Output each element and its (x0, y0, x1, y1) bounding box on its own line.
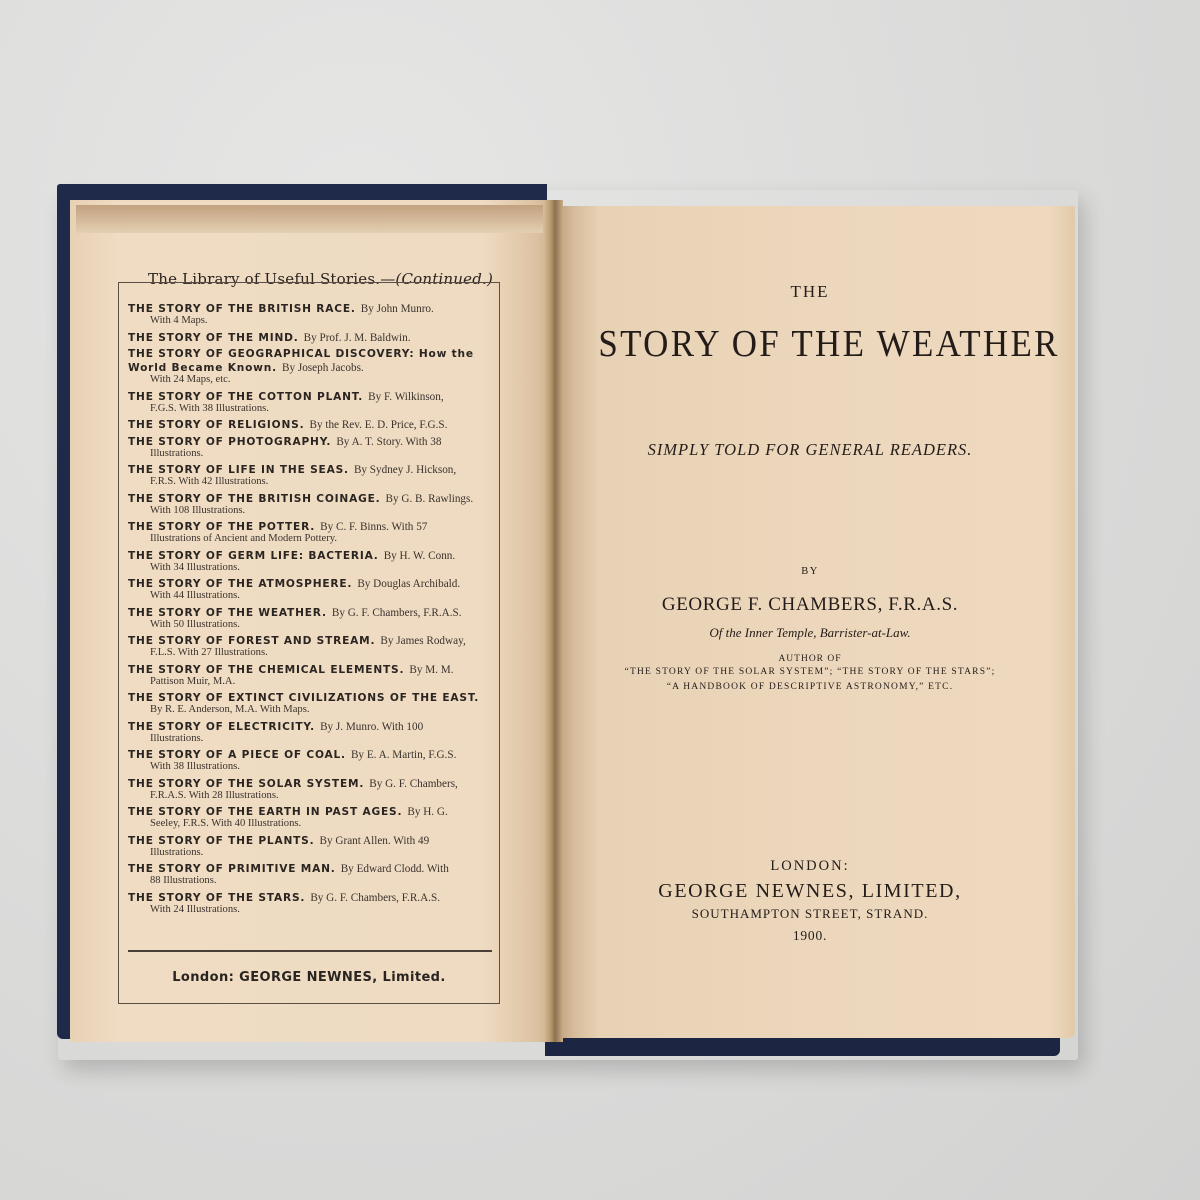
publisher-address: SOUTHAMPTON STREET, STRAND. (580, 906, 1040, 922)
series-list-item: THE STORY OF THE PLANTS. By Grant Allen.… (128, 833, 494, 859)
entry-detail: Illustrations of Ancient and Modern Pott… (128, 533, 494, 545)
publication-place: LONDON: (580, 858, 1040, 875)
entry-author: By M. M. (409, 664, 453, 676)
series-list-item: THE STORY OF ELECTRICITY. By J. Munro. W… (128, 719, 494, 745)
entry-detail: With 38 Illustrations. (128, 761, 494, 773)
series-list-item: THE STORY OF THE BRITISH COINAGE. By G. … (128, 491, 494, 517)
entry-detail: With 44 Illustrations. (128, 590, 494, 602)
entry-detail: F.R.A.S. With 28 Illustrations. (128, 790, 494, 802)
entry-detail: Illustrations. (128, 733, 494, 745)
other-works-line-2: “A HANDBOOK OF DESCRIPTIVE ASTRONOMY,” E… (580, 682, 1040, 692)
series-list-item: THE STORY OF PHOTOGRAPHY. By A. T. Story… (128, 434, 494, 460)
entry-detail: With 24 Maps, etc. (128, 374, 494, 386)
entry-title: THE STORY OF FOREST AND STREAM. (128, 635, 375, 647)
series-list-item: THE STORY OF FOREST AND STREAM. By James… (128, 633, 494, 659)
entry-title: THE STORY OF THE COTTON PLANT. (128, 391, 363, 403)
entry-title: THE STORY OF LIFE IN THE SEAS. (128, 464, 349, 476)
series-list-item: THE STORY OF THE STARS. By G. F. Chamber… (128, 890, 494, 916)
series-list-item: THE STORY OF THE SOLAR SYSTEM. By G. F. … (128, 776, 494, 802)
entry-detail: F.G.S. With 38 Illustrations. (128, 403, 494, 415)
series-list-item: THE STORY OF EXTINCT CIVILIZATIONS OF TH… (128, 690, 494, 716)
entry-author: By G. F. Chambers, (369, 778, 458, 790)
publication-year: 1900. (580, 928, 1040, 944)
entry-author: By Douglas Archibald. (357, 578, 460, 590)
entry-title: THE STORY OF THE BRITISH RACE. (128, 303, 356, 315)
entry-title: THE STORY OF RELIGIONS. (128, 419, 304, 431)
entry-detail: With 24 Illustrations. (128, 904, 494, 916)
entry-detail: 88 Illustrations. (128, 875, 494, 887)
left-page-stained-edge (76, 205, 546, 233)
entry-author: By C. F. Binns. With 57 (320, 521, 427, 533)
series-list-item: THE STORY OF THE POTTER. By C. F. Binns.… (128, 519, 494, 545)
author-name: GEORGE F. CHAMBERS, F.R.A.S. (580, 594, 1040, 616)
series-list-item: THE STORY OF GEOGRAPHICAL DISCOVERY: How… (128, 346, 494, 386)
entry-author: By Joseph Jacobs. (282, 362, 364, 374)
entry-author: By Sydney J. Hickson, (354, 464, 456, 476)
entry-detail: Illustrations. (128, 448, 494, 460)
entry-title: THE STORY OF ELECTRICITY. (128, 721, 315, 733)
entry-author: By James Rodway, (380, 635, 465, 647)
entry-detail: With 34 Illustrations. (128, 562, 494, 574)
entry-title: THE STORY OF PRIMITIVE MAN. (128, 863, 336, 875)
series-list-item: THE STORY OF THE COTTON PLANT. By F. Wil… (128, 389, 494, 415)
series-list-item: THE STORY OF THE ATMOSPHERE. By Douglas … (128, 576, 494, 602)
entry-author: By Grant Allen. With 49 (320, 835, 430, 847)
left-imprint: London: GEORGE NEWNES, Limited. (118, 970, 500, 985)
entry-title: THE STORY OF THE MIND. (128, 332, 299, 344)
entry-title: THE STORY OF THE CHEMICAL ELEMENTS. (128, 664, 404, 676)
entry-detail: Pattison Muir, M.A. (128, 676, 494, 688)
series-list-item: THE STORY OF THE BRITISH RACE. By John M… (128, 301, 494, 327)
entry-title: THE STORY OF EXTINCT CIVILIZATIONS OF TH… (128, 692, 479, 704)
by-label: BY (580, 566, 1040, 577)
entry-author: By E. A. Martin, F.G.S. (351, 749, 456, 761)
entry-author: By John Munro. (361, 303, 434, 315)
publisher-name: GEORGE NEWNES, LIMITED, (580, 880, 1040, 903)
book-gutter (543, 200, 563, 1042)
entry-title: THE STORY OF THE BRITISH COINAGE. (128, 493, 380, 505)
author-credentials: Of the Inner Temple, Barrister-at-Law. (580, 625, 1040, 641)
entry-title: THE STORY OF THE SOLAR SYSTEM. (128, 778, 364, 790)
entry-detail: With 108 Illustrations. (128, 505, 494, 517)
entry-detail: Illustrations. (128, 847, 494, 859)
entry-title: THE STORY OF GERM LIFE: BACTERIA. (128, 550, 379, 562)
series-list-item: THE STORY OF PRIMITIVE MAN. By Edward Cl… (128, 861, 494, 887)
series-book-list: THE STORY OF THE BRITISH RACE. By John M… (128, 301, 494, 918)
entry-author: By G. B. Rawlings. (386, 493, 474, 505)
entry-title: THE STORY OF THE STARS. (128, 892, 305, 904)
entry-detail: F.L.S. With 27 Illustrations. (128, 647, 494, 659)
series-list-item: THE STORY OF THE MIND. By Prof. J. M. Ba… (128, 330, 494, 344)
series-list-item: THE STORY OF THE WEATHER. By G. F. Chamb… (128, 605, 494, 631)
entry-detail: With 50 Illustrations. (128, 619, 494, 631)
entry-author: By H. G. (407, 806, 447, 818)
entry-author: By A. T. Story. With 38 (336, 436, 441, 448)
book-title: STORY OF THE WEATHER (598, 322, 1021, 366)
entry-author: By F. Wilkinson, (368, 391, 444, 403)
entry-title: THE STORY OF THE EARTH IN PAST AGES. (128, 806, 402, 818)
entry-author: By Edward Clodd. With (341, 863, 449, 875)
entry-detail: F.R.S. With 42 Illustrations. (128, 476, 494, 488)
title-article: THE (580, 282, 1040, 302)
series-list-item: THE STORY OF A PIECE OF COAL. By E. A. M… (128, 747, 494, 773)
entry-author: By Prof. J. M. Baldwin. (304, 332, 411, 344)
series-list-item: THE STORY OF GERM LIFE: BACTERIA. By H. … (128, 548, 494, 574)
entry-author: By H. W. Conn. (384, 550, 456, 562)
entry-author: By G. F. Chambers, F.R.A.S. (310, 892, 440, 904)
entry-title: THE STORY OF THE POTTER. (128, 521, 315, 533)
series-list-item: THE STORY OF LIFE IN THE SEAS. By Sydney… (128, 462, 494, 488)
series-list-item: THE STORY OF RELIGIONS. By the Rev. E. D… (128, 417, 494, 431)
entry-title: THE STORY OF THE WEATHER. (128, 607, 327, 619)
entry-title: THE STORY OF THE ATMOSPHERE. (128, 578, 352, 590)
list-divider (128, 950, 492, 952)
entry-title: THE STORY OF PHOTOGRAPHY. (128, 436, 331, 448)
entry-detail: With 4 Maps. (128, 315, 494, 327)
author-of-label: AUTHOR OF (580, 654, 1040, 664)
entry-title: THE STORY OF THE PLANTS. (128, 835, 314, 847)
entry-author: By J. Munro. With 100 (320, 721, 423, 733)
other-works-line-1: “THE STORY OF THE SOLAR SYSTEM”; “THE ST… (580, 667, 1040, 677)
book-subtitle: SIMPLY TOLD FOR GENERAL READERS. (580, 440, 1040, 460)
entry-author: By G. F. Chambers, F.R.A.S. (332, 607, 462, 619)
entry-detail: By R. E. Anderson, M.A. With Maps. (128, 704, 494, 716)
entry-detail: Seeley, F.R.S. With 40 Illustrations. (128, 818, 494, 830)
series-list-item: THE STORY OF THE EARTH IN PAST AGES. By … (128, 804, 494, 830)
entry-title: THE STORY OF A PIECE OF COAL. (128, 749, 346, 761)
series-list-item: THE STORY OF THE CHEMICAL ELEMENTS. By M… (128, 662, 494, 688)
